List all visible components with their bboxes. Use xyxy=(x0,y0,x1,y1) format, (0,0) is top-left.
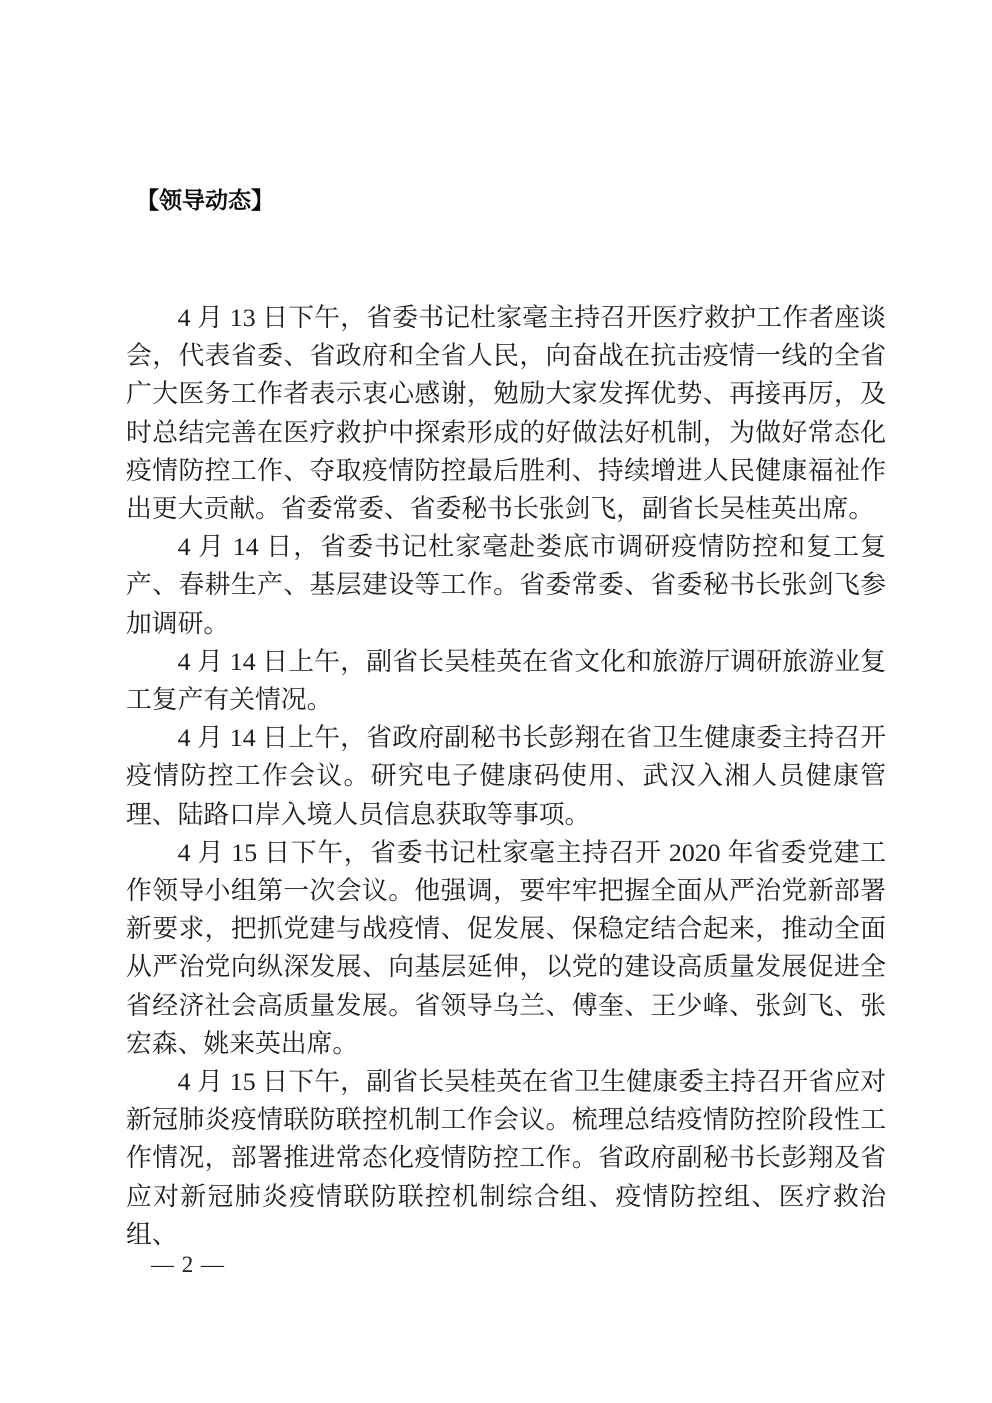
document-page: 【领导动态】 4 月 13 日下午，省委书记杜家毫主持召开医疗救护工作者座谈会，… xyxy=(0,0,992,1403)
paragraph-2: 4 月 14 日，省委书记杜家毫赴娄底市调研疫情防控和复工复产、春耕生产、基层建… xyxy=(126,528,886,643)
page-number: — 2 — xyxy=(151,1252,225,1278)
paragraph-3: 4 月 14 日上午，副省长吴桂英在省文化和旅游厅调研旅游业复工复产有关情况。 xyxy=(126,643,886,719)
paragraph-1: 4 月 13 日下午，省委书记杜家毫主持召开医疗救护工作者座谈会，代表省委、省政… xyxy=(126,299,886,528)
paragraph-5: 4 月 15 日下午，省委书记杜家毫主持召开 2020 年省委党建工作领导小组第… xyxy=(126,834,886,1063)
section-header: 【领导动态】 xyxy=(136,182,274,215)
paragraph-4: 4 月 14 日上午，省政府副秘书长彭翔在省卫生健康委主持召开疫情防控工作会议。… xyxy=(126,719,886,834)
document-body: 4 月 13 日下午，省委书记杜家毫主持召开医疗救护工作者座谈会，代表省委、省政… xyxy=(126,299,886,1254)
paragraph-6: 4 月 15 日下午，副省长吴桂英在省卫生健康委主持召开省应对新冠肺炎疫情联防联… xyxy=(126,1063,886,1254)
